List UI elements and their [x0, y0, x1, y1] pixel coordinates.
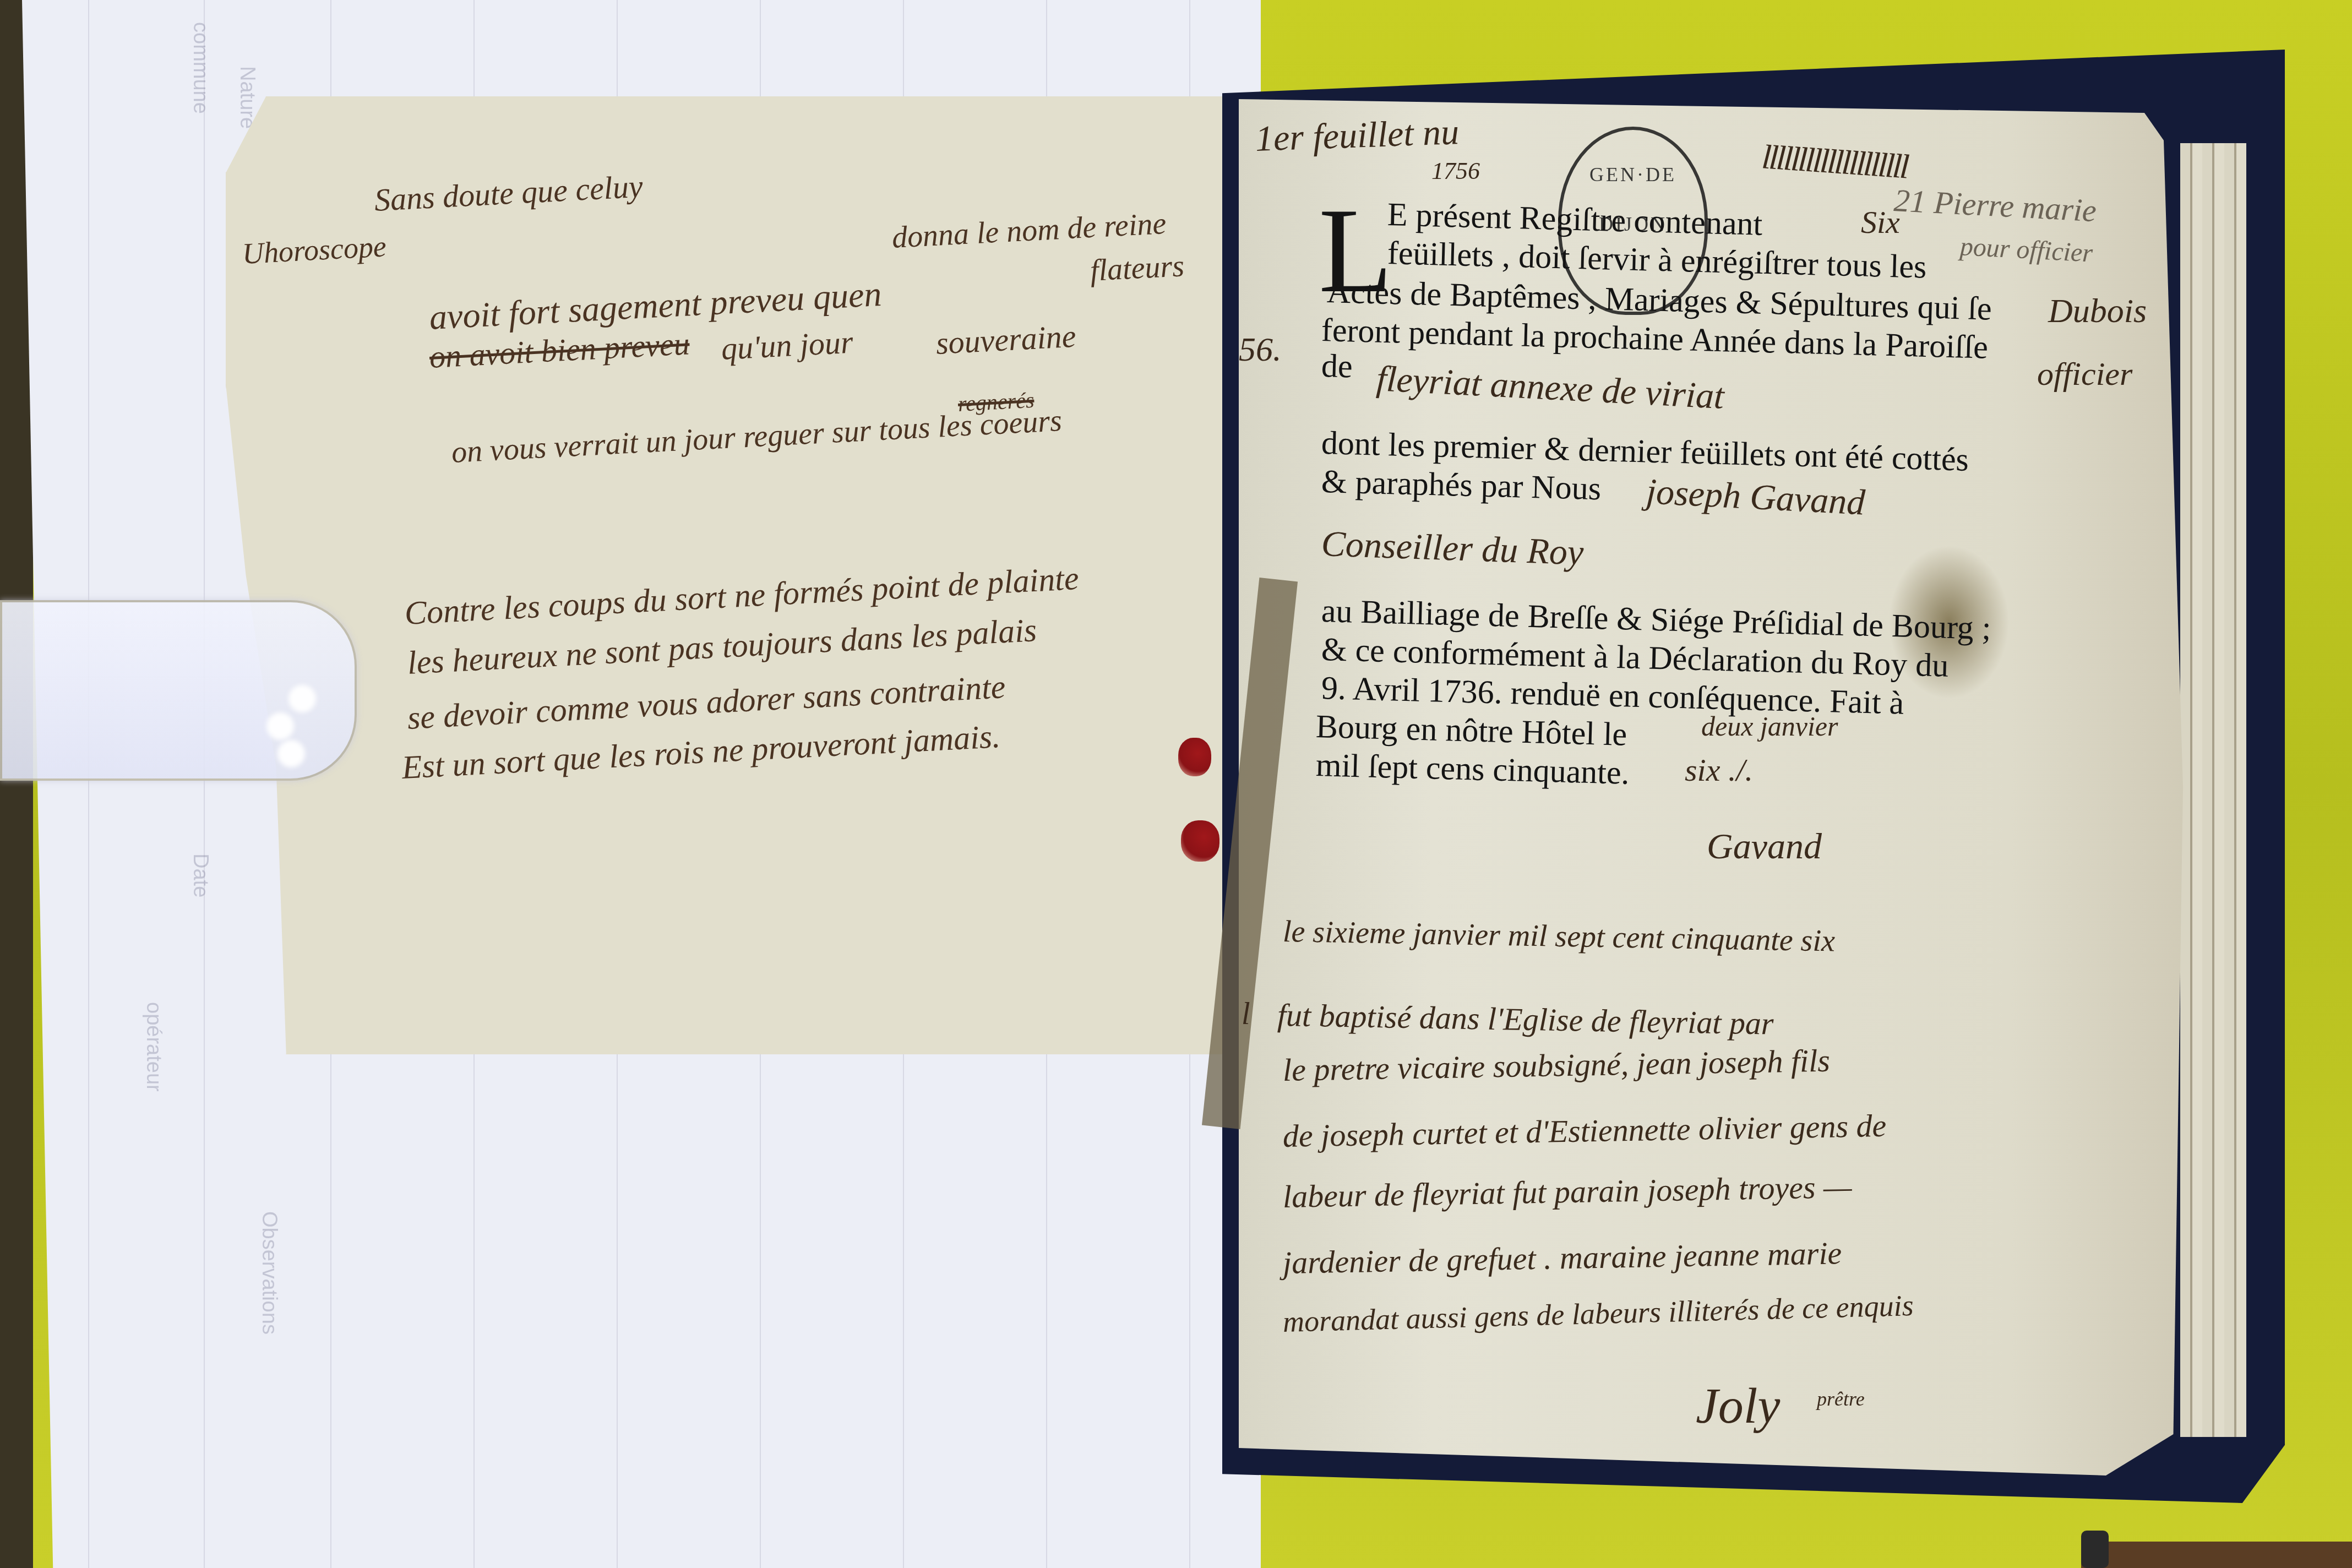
printed-line: & paraphés par Nous	[1321, 462, 1602, 508]
page-edges	[2180, 143, 2246, 1437]
official-signature: Gavand	[1707, 826, 1822, 868]
margin-officier: officier	[2037, 355, 2132, 393]
sheet-label: Date	[188, 853, 212, 897]
red-wax-drop	[1181, 820, 1219, 862]
year-note: 1756	[1431, 157, 1480, 185]
sheet-label: opérateur	[141, 1002, 165, 1092]
clip-glare	[288, 685, 316, 712]
margin-number: 56.	[1239, 330, 1282, 369]
margin-name-dubois: Dubois	[2048, 292, 2147, 331]
handwritten-fill: deux janvier	[1701, 710, 1838, 742]
clip-glare	[266, 712, 294, 740]
slip-line: qu'un jour	[720, 324, 854, 367]
slip-line: flateurs	[1089, 248, 1185, 288]
metal-clasp	[2081, 1531, 2109, 1568]
transparent-clip	[0, 600, 357, 781]
priest-title: prêtre	[1817, 1387, 1865, 1411]
sheet-rule	[204, 0, 205, 1568]
margin-note-first-leaf: 1er feuillet nu	[1255, 111, 1460, 160]
wooden-board	[2081, 1542, 2352, 1568]
handwritten-fill: Six	[1861, 204, 1900, 241]
slip-line: souveraine	[935, 318, 1077, 362]
handwritten-fill: six ./.	[1685, 752, 1753, 788]
stamp-text: GEN·DE	[1561, 163, 1705, 186]
printed-line: de	[1321, 347, 1353, 385]
red-wax-drop	[1178, 738, 1211, 776]
priest-signature: Joly	[1696, 1376, 1780, 1435]
sheet-label: commune	[188, 22, 212, 114]
sheet-label: Observations	[257, 1211, 281, 1335]
entry-margin: l	[1242, 997, 1250, 1032]
sheet-rule	[88, 0, 89, 1568]
clip-glare	[277, 740, 305, 767]
